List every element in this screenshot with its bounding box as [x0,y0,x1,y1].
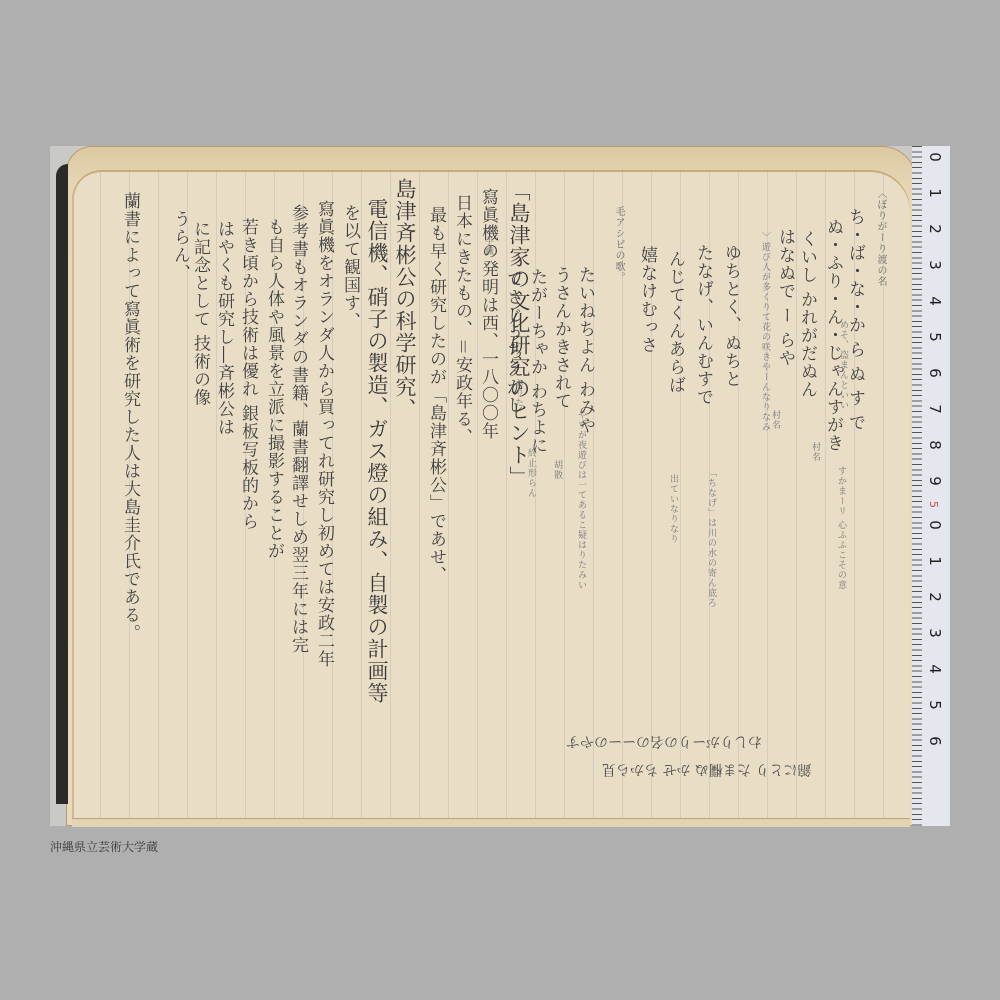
ruler-label: 3 [926,628,944,638]
handwritten-column: うさんかきされて [549,266,574,410]
ruler-label: 4 [926,664,944,674]
handwritten-column: 電信機、硝子の製造、ガス燈の組み、自製の計画等 [362,198,392,704]
ruler-label: 6 [926,368,944,378]
marginal-note: やすが夜遊びは一てあるこ疑はりたみい [575,410,588,590]
marginal-note: 手織 [482,236,495,256]
handwritten-column: 嬉なけむっさ [635,246,660,354]
upside-down-line: 錦にとり たま欄ぬ かせ ちから見 [602,760,811,780]
handwritten-column: はなぬで ー らや [773,228,798,367]
marginal-note: 出ていなりなり [667,474,680,544]
handwritten-column: 〈ぼりがーり渡の名 [873,188,888,287]
handwritten-column: たなげ、いんむすで [691,244,716,406]
ruler-label: 5 [926,332,944,342]
marginal-note: 終止形らん [525,448,538,498]
handwritten-column: 〉遊び人が多くりて花の咲きやーんなりなみ [759,232,772,432]
handwritten-column: も自ら人体や風景を立派に撮影することが [262,218,287,560]
handwritten-column: 島津斉彬公の科学研究、 [390,178,420,420]
handwritten-column: くいし かれがだぬん [795,230,820,398]
handwritten-column: 若き頃から技術は優れ 銀板写板的から [236,218,261,530]
handwritten-column: うらん、 [168,210,193,282]
marginal-note: 「ちなげ」は川の水の寄ん底ろ [705,468,718,608]
upside-down-line: わしりがーりの名のーーのやす [566,732,762,752]
ruler-label: 1 [926,188,944,198]
handwritten-column: を以て観国す、 [338,204,363,330]
ruler-label: 5 [926,700,944,710]
ruler-label: 8 [926,440,944,450]
handwritten-column: はやくも研究し―斉彬公は [212,220,237,436]
ruler-label: 7 [926,404,944,414]
ruler-label: 2 [926,592,944,602]
ruler-label-accent: 5 [927,501,940,508]
ruler-label: 0 [926,152,944,162]
collection-credit-caption: 沖縄県立芸術大学蔵 [50,838,158,855]
handwritten-column: 最も早く研究したのが「島津斉彬公」であせ、 [424,206,449,584]
notebook-photo: 〈ぼりがーり渡の名 ち・ば・な・か ら ぬ す で ぬ・ふり・ん・じゃんすがき … [50,146,950,826]
page-bottom-edge [72,818,910,827]
handwritten-column: 蘭書によって寫眞術を研究した人は大島圭介氏である。 [118,192,143,642]
handwritten-column: 寫眞機の発明は西、一八〇〇年 [476,188,501,440]
handwritten-column: 日本にきたもの、＝安政年る、 [450,194,475,446]
ruler-label: 2 [926,224,944,234]
marginal-note: すかまーリ 心ふふこその意 [835,466,848,590]
essay-title-column: 「島津家の文化研究のヒント」 [504,180,534,488]
marginal-note: 村名 [809,442,822,462]
marginal-note: 村名 [769,410,782,430]
ruler-label: 1 [926,556,944,566]
ruler-label: 4 [926,296,944,306]
marginal-note: めそ、盗まんといい [837,320,850,410]
marginal-note: おりた [512,378,525,408]
handwritten-column: んじてくんあらば [663,250,688,394]
handwritten-column: 参考書もオランダの書籍、蘭書翻譯せしめ翌三年には完 [286,204,311,654]
ruler-label: 9 [926,476,944,486]
ruler-label: 0 [926,520,944,530]
handwritten-column: ゆちとく、ぬちと [719,244,744,388]
measurement-ruler: 0 1 2 3 4 5 6 7 8 9 5 0 1 2 3 4 5 6 [912,146,950,826]
handwritten-column: 寫眞機をオランダ人から買ってれ研究し初めては安政二年 [312,200,337,668]
marginal-note: 胡散 [551,460,564,480]
notebook-page: 〈ぼりがーり渡の名 ち・ば・な・か ら ぬ す で ぬ・ふり・ん・じゃんすがき … [72,170,910,820]
ruler-label: 6 [926,736,944,746]
ruler-label: 3 [926,260,944,270]
handwritten-column: 毛アシビの歌。 [611,206,626,283]
